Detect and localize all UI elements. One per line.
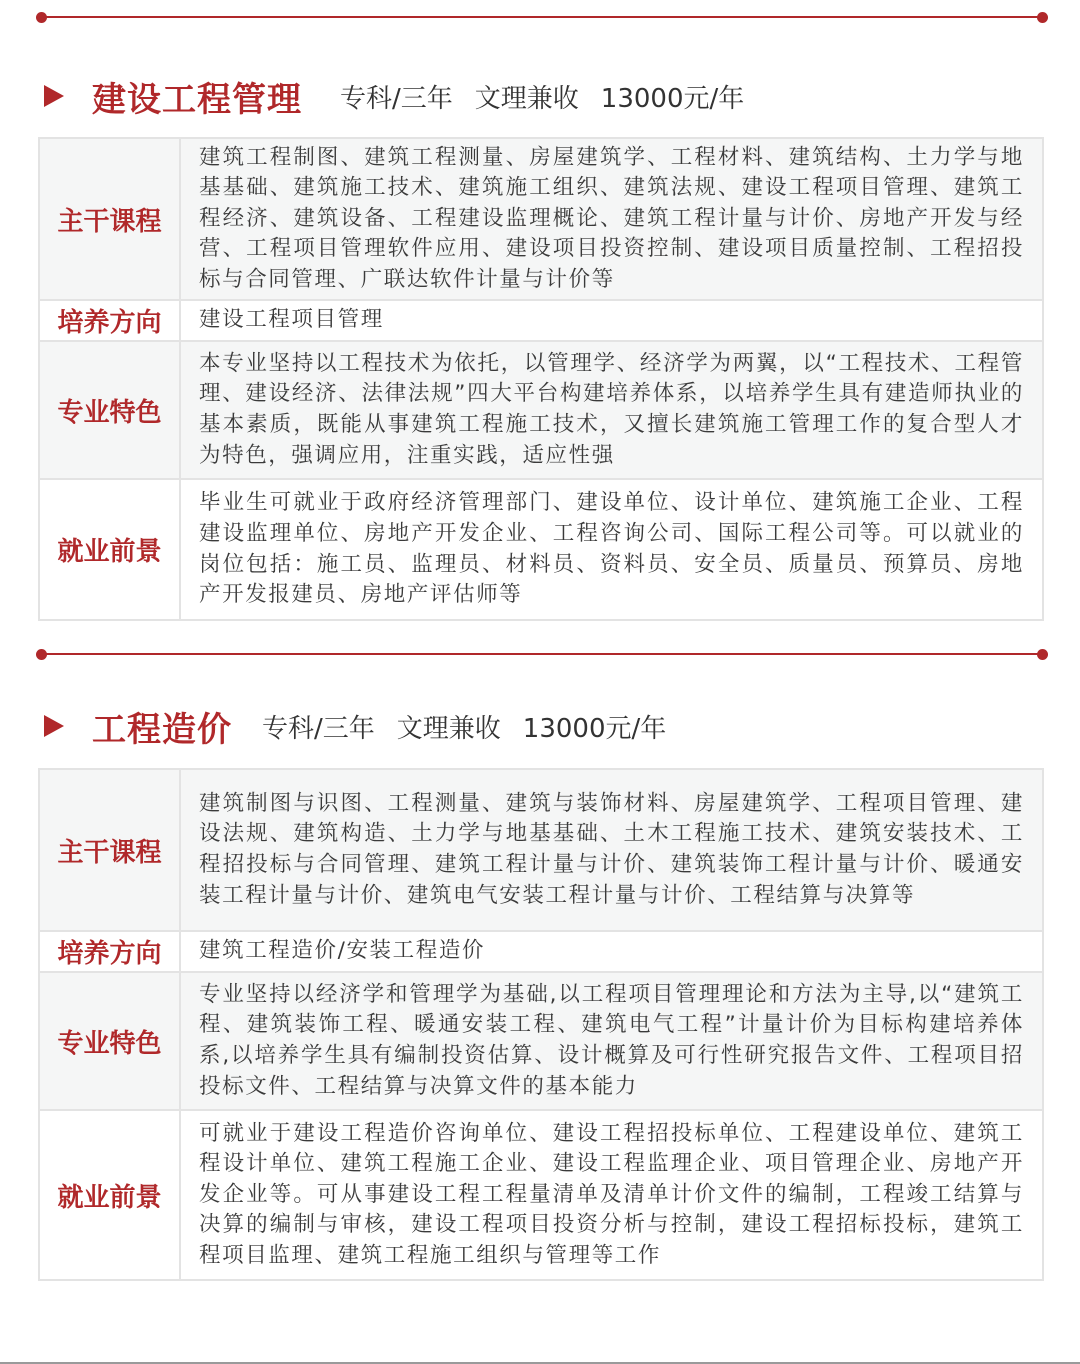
- row-label: 就业前景: [39, 479, 180, 620]
- triangle-bullet-icon: [44, 715, 64, 737]
- row-label: 培养方向: [39, 931, 180, 972]
- divider-dot-right: [1037, 649, 1048, 660]
- row-content: 本专业坚持以工程技术为依托，以管理学、经济学为两翼，以“工程技术、工程管理、建设…: [180, 341, 1043, 479]
- table-row: 培养方向 建设工程项目管理: [39, 300, 1043, 341]
- divider-dot-left: [36, 12, 47, 23]
- program-meta: 专科/三年文理兼收13000元/年: [340, 78, 766, 115]
- program-meta: 专科/三年文理兼收13000元/年: [262, 708, 688, 745]
- section-divider: [36, 647, 1048, 661]
- divider-dot-left: [36, 649, 47, 660]
- program-title: 建设工程管理: [92, 72, 302, 121]
- program-tuition: 13000元/年: [601, 84, 744, 114]
- triangle-bullet-icon: [44, 85, 64, 107]
- table-row: 就业前景 可就业于建设工程造价咨询单位、建设工程招投标单位、工程建设单位、建筑工…: [39, 1110, 1043, 1280]
- row-label: 就业前景: [39, 1110, 180, 1280]
- row-label: 培养方向: [39, 300, 180, 341]
- program-admission: 文理兼收: [397, 714, 501, 744]
- program-heading: 建设工程管理 专科/三年文理兼收13000元/年: [44, 71, 766, 121]
- section-divider: [36, 10, 1048, 24]
- table-row: 主干课程 建筑工程制图、建筑工程测量、房屋建筑学、工程材料、建筑结构、土力学与地…: [39, 138, 1043, 300]
- table-row: 主干课程 建筑制图与识图、工程测量、建筑与装饰材料、房屋建筑学、工程项目管理、建…: [39, 769, 1043, 931]
- program-tuition: 13000元/年: [523, 714, 666, 744]
- table-row: 就业前景 毕业生可就业于政府经济管理部门、建设单位、设计单位、建筑施工企业、工程…: [39, 479, 1043, 620]
- program-info-table: 主干课程 建筑工程制图、建筑工程测量、房屋建筑学、工程材料、建筑结构、土力学与地…: [38, 137, 1044, 621]
- row-content: 建设工程项目管理: [180, 300, 1043, 341]
- program-title: 工程造价: [92, 702, 232, 751]
- row-content: 建筑制图与识图、工程测量、建筑与装饰材料、房屋建筑学、工程项目管理、建设法规、建…: [180, 769, 1043, 931]
- row-label: 专业特色: [39, 341, 180, 479]
- row-content: 建筑工程造价/安装工程造价: [180, 931, 1043, 972]
- program-info-table: 主干课程 建筑制图与识图、工程测量、建筑与装饰材料、房屋建筑学、工程项目管理、建…: [38, 768, 1044, 1281]
- table-row: 专业特色 本专业坚持以工程技术为依托，以管理学、经济学为两翼，以“工程技术、工程…: [39, 341, 1043, 479]
- row-content: 专业坚持以经济学和管理学为基础,以工程项目管理理论和方法为主导,以“建筑工程、建…: [180, 972, 1043, 1110]
- row-label: 主干课程: [39, 769, 180, 931]
- row-content: 毕业生可就业于政府经济管理部门、建设单位、设计单位、建筑施工企业、工程建设监理单…: [180, 479, 1043, 620]
- table-row: 培养方向 建筑工程造价/安装工程造价: [39, 931, 1043, 972]
- program-admission: 文理兼收: [475, 84, 579, 114]
- divider-line: [40, 653, 1044, 655]
- program-level: 专科/三年: [262, 714, 375, 744]
- row-label: 专业特色: [39, 972, 180, 1110]
- program-level: 专科/三年: [340, 84, 453, 114]
- divider-dot-right: [1037, 12, 1048, 23]
- row-content: 可就业于建设工程造价咨询单位、建设工程招投标单位、工程建设单位、建筑工程设计单位…: [180, 1110, 1043, 1280]
- row-label: 主干课程: [39, 138, 180, 300]
- row-content: 建筑工程制图、建筑工程测量、房屋建筑学、工程材料、建筑结构、土力学与地基基础、建…: [180, 138, 1043, 300]
- divider-line: [40, 16, 1044, 18]
- table-row: 专业特色 专业坚持以经济学和管理学为基础,以工程项目管理理论和方法为主导,以“建…: [39, 972, 1043, 1110]
- program-heading: 工程造价 专科/三年文理兼收13000元/年: [44, 701, 688, 751]
